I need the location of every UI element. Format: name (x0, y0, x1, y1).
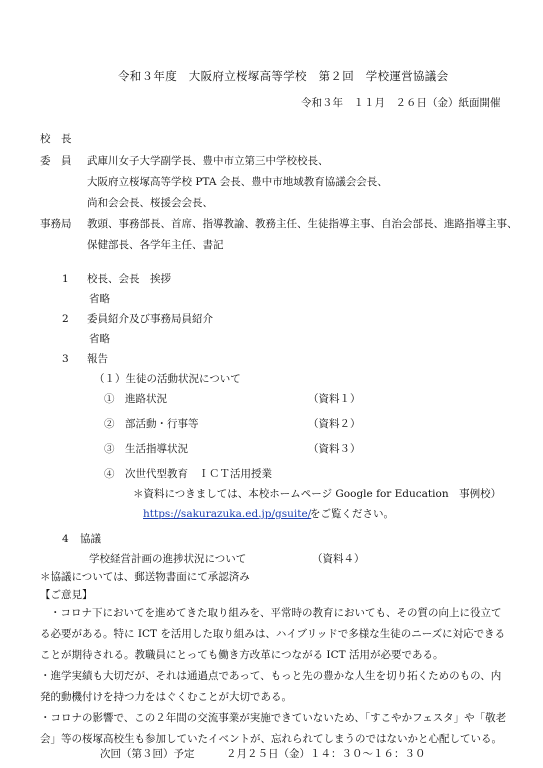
agenda-3-title: 報告 (87, 352, 108, 366)
attendee-label-secretariat: 事務局 (40, 217, 72, 231)
agenda-2-number: 2 (62, 312, 69, 326)
report-item-1: ① 進路状況 (104, 392, 167, 406)
agenda-3-subheading: （１）生徒の活動状況について (94, 372, 241, 386)
opinion-1: ・コロナ下においてを進めてきた取り組みを、平常時の教育においても、その質の向上に… (40, 603, 510, 666)
meeting-date: 令和３年 １１月 ２６日（金）紙面開催 (301, 96, 501, 110)
agenda-1-title: 校長、会長 挨拶 (87, 272, 171, 286)
secretariat-line-1: 教頭、事務部長、首席、指導教諭、教務主任、生徒指導主事、自治会部長、進路指導主事… (87, 217, 518, 231)
deliberation-note: ＊協議については、郵送物書面にて承認済み (40, 570, 250, 584)
agenda-2-title: 委員紹介及び事務局員紹介 (87, 312, 213, 326)
agenda-4-title: 協議 (80, 532, 101, 546)
materials-note: ＊資料につきましては、本校ホームページ Google for Education… (133, 487, 501, 501)
report-item-3: ③ 生活指導状況 (104, 442, 188, 456)
report-item-2-ref: （資料２） (308, 417, 361, 431)
next-meeting-label: 次回（第３回）予定 (100, 747, 195, 761)
opinions-heading: 【ご意見】 (40, 588, 93, 602)
attendee-label-members: 委 員 (40, 154, 72, 168)
opinion-2: ・進学実績も大切だが、それは通過点であって、もっと先の豊かな人生を切り拓くための… (40, 666, 510, 708)
report-item-2: ② 部活動・行事等 (104, 417, 199, 431)
next-meeting-datetime: ２月２５日（金）１４：３０～１６：３０ (226, 747, 426, 761)
agenda-4-ref: （資料４） (312, 552, 365, 566)
agenda-1-note: 省略 (89, 292, 110, 306)
report-item-4: ④ 次世代型教育 ＩＣＴ活用授業 (104, 467, 272, 481)
agenda-4-sub: 学校経営計画の進捗状況について (89, 552, 246, 566)
agenda-2-note: 省略 (89, 332, 110, 346)
secretariat-line-2: 保健部長、各学年主任、書記 (87, 238, 224, 252)
agenda-4-number: 4 (62, 532, 69, 546)
agenda-1-number: 1 (62, 272, 69, 286)
agenda-3-number: 3 (62, 352, 69, 366)
members-line-2: 大阪府立桜塚高等学校 PTA 会長、豊中市地域教育協議会会長、 (87, 175, 388, 189)
report-item-1-ref: （資料１） (308, 392, 361, 406)
report-item-3-ref: （資料３） (308, 442, 361, 456)
members-line-3: 尚和会会長、桜援会会長、 (87, 196, 213, 210)
link-suffix: をご覧ください。 (310, 507, 394, 521)
members-line-1: 武庫川女子大学副学長、豊中市立第三中学校校長、 (87, 154, 329, 168)
document-title: 令和３年度 大阪府立桜塚高等学校 第２回 学校運営協議会 (118, 69, 448, 83)
school-homepage-link[interactable]: https://sakurazuka.ed.jp/gsuite/ (143, 507, 311, 521)
opinion-3: ・コロナの影響で、この２年間の交流事業が実施できていないため、「すこやかフェスタ… (40, 708, 510, 750)
attendee-label-principal: 校 長 (40, 132, 72, 146)
